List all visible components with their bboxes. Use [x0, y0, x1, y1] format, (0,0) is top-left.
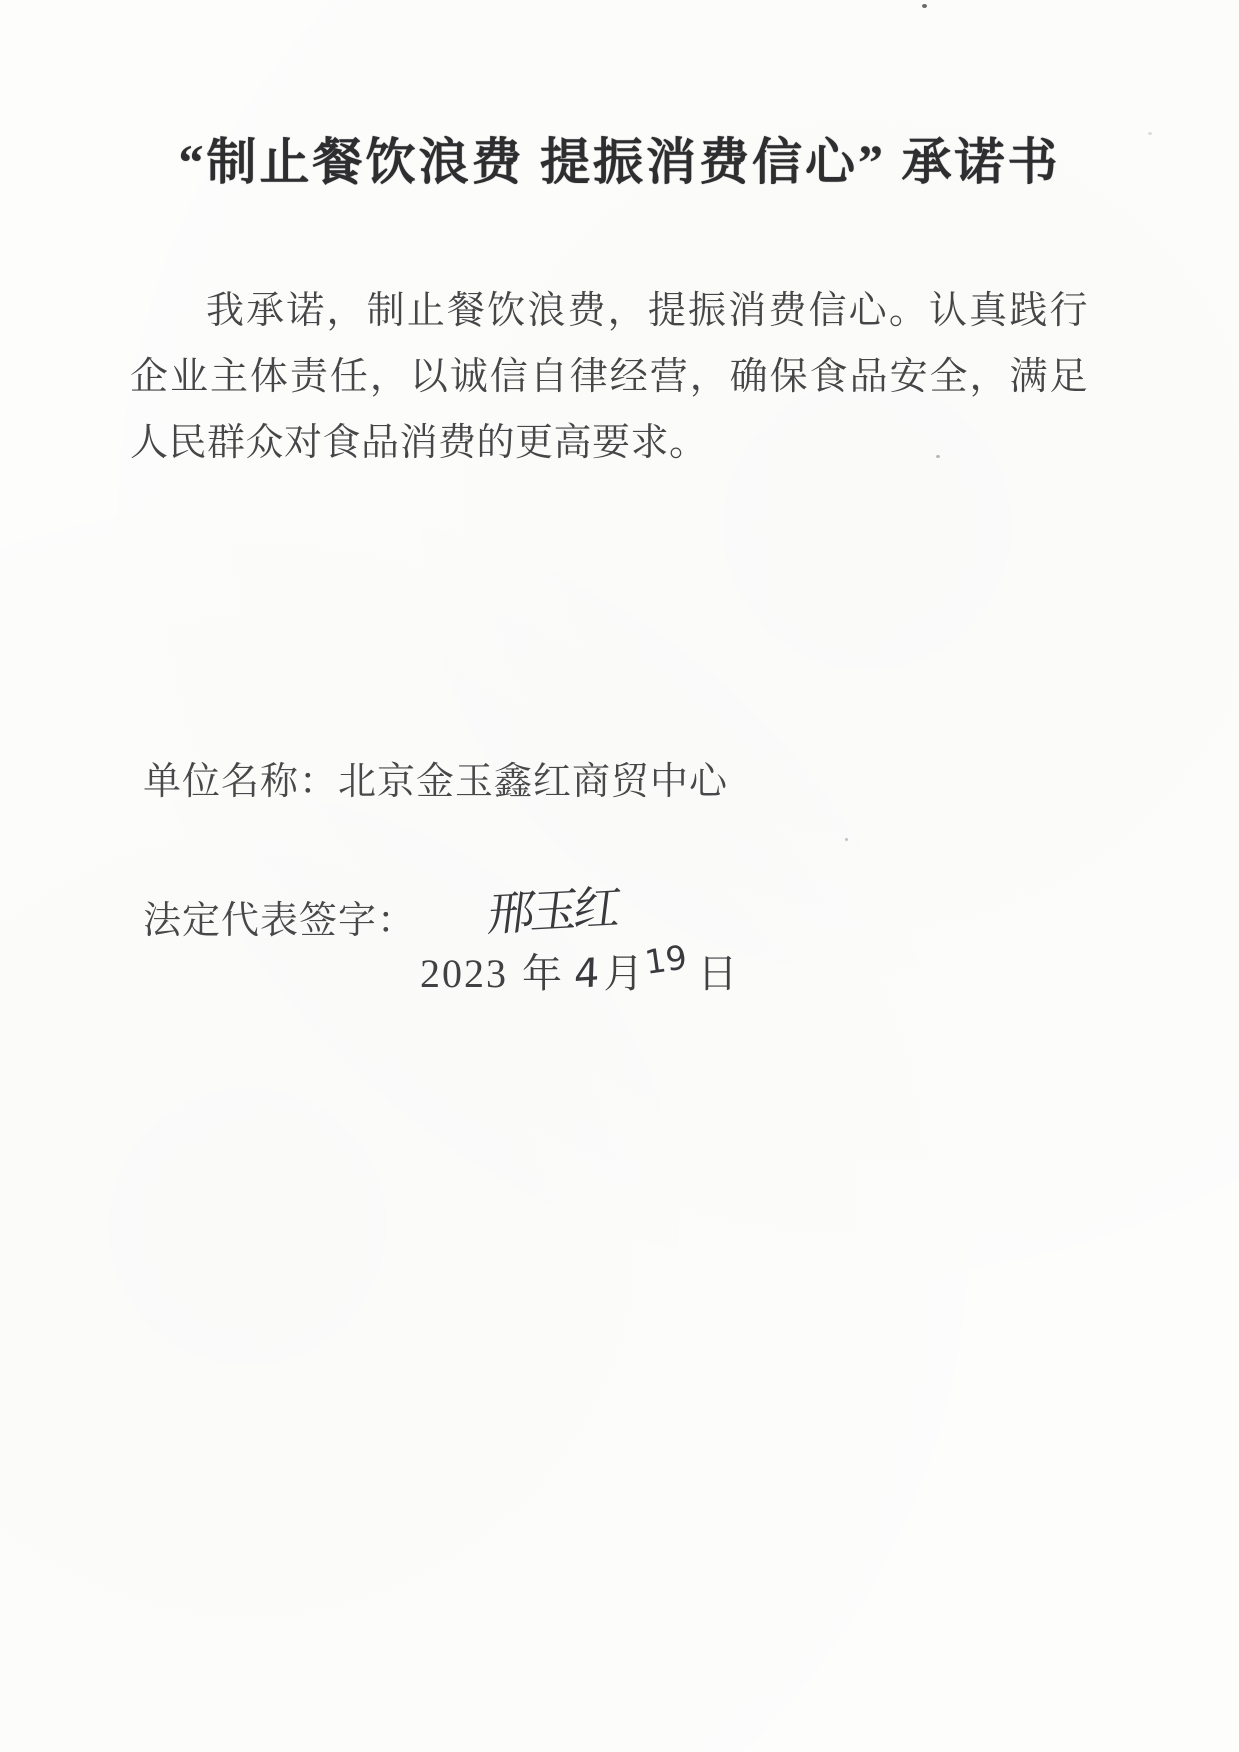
- unit-name-value: 北京金玉鑫红商贸中心: [338, 761, 728, 803]
- legal-rep-signature-label: 法定代表签字：: [143, 900, 416, 942]
- scan-speck: [922, 4, 927, 8]
- date-year: 2023: [420, 951, 508, 996]
- document-title: “制止餐饮浪费 提振消费信心” 承诺书: [0, 122, 1239, 194]
- unit-name-line: 单位名称：北京金玉鑫红商贸中心: [143, 750, 728, 805]
- handwritten-signature: 邢玉红: [485, 870, 622, 944]
- date-day-handwritten: 19: [643, 937, 690, 981]
- date-line: 2023年4月19日: [420, 942, 739, 999]
- document-page: “制止餐饮浪费 提振消费信心” 承诺书 我承诺，制止餐饮浪费，提振消费信心。认真…: [0, 0, 1239, 1752]
- commitment-paragraph: 我承诺，制止餐饮浪费，提振消费信心。认真践行企业主体责任，以诚信自律经营，确保食…: [130, 278, 1088, 476]
- date-month-handwritten: 4: [573, 950, 602, 998]
- date-day-unit: 日: [697, 951, 739, 996]
- legal-rep-signature-line: 法定代表签字：邢玉红: [143, 880, 617, 947]
- scan-speck: [845, 838, 848, 841]
- unit-name-label: 单位名称：: [143, 761, 338, 803]
- date-year-unit: 年: [522, 951, 564, 996]
- date-month-unit: 月: [603, 951, 645, 996]
